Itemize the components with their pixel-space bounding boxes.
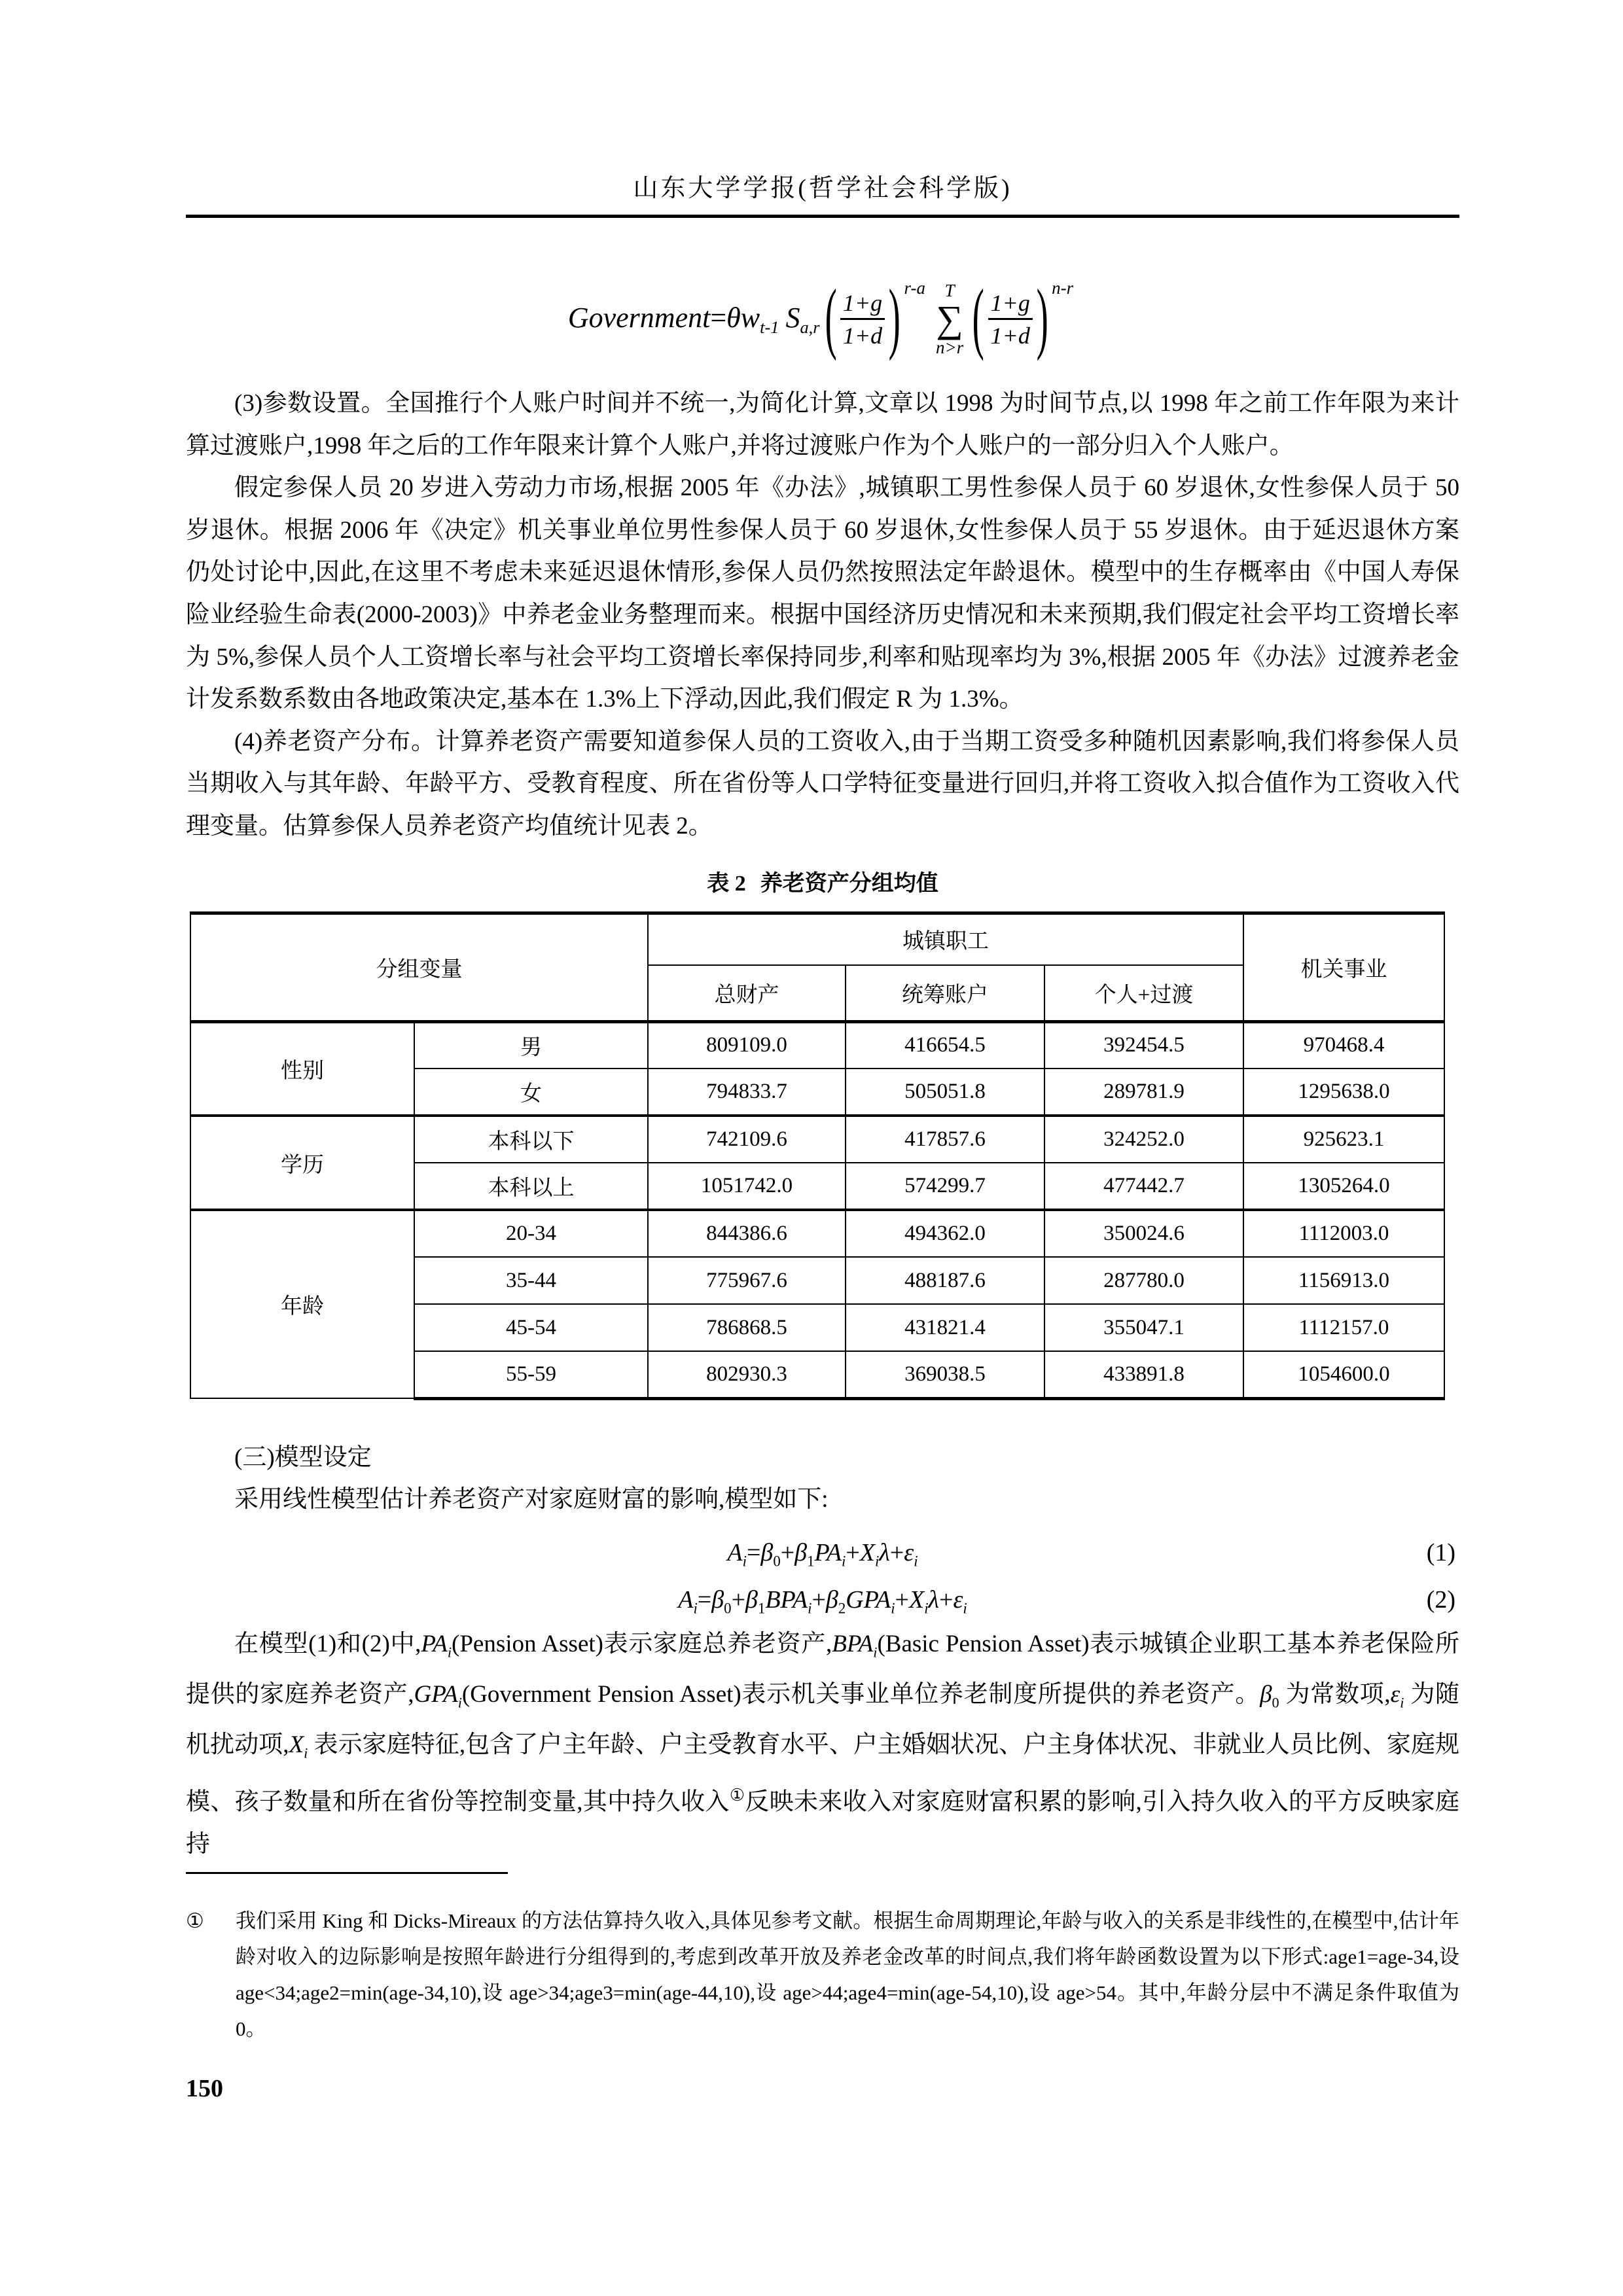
- page-number: 150: [186, 2074, 1459, 2103]
- cell-value: 844386.6: [648, 1210, 846, 1257]
- cell-value: 1051742.0: [648, 1163, 846, 1210]
- cell-value: 809109.0: [648, 1021, 846, 1069]
- footnote-marker: ①: [186, 1903, 236, 2047]
- cell-value: 1305264.0: [1243, 1163, 1444, 1210]
- open-paren: (: [972, 279, 984, 359]
- equation-1-number: (1): [1427, 1529, 1455, 1576]
- table-label: 表 2: [707, 872, 746, 896]
- equation-1-body: Ai=β0+β1PAi+Xiλ+εi: [727, 1539, 918, 1566]
- sigma-icon: ∑: [936, 300, 963, 340]
- row-label: 本科以下: [414, 1116, 648, 1163]
- fraction-1-numerator: 1+g: [840, 289, 885, 318]
- header-rule: [186, 215, 1459, 218]
- summation: T∑n>r: [936, 282, 963, 357]
- row-label: 55-59: [414, 1351, 648, 1398]
- header-pooled-account: 统筹账户: [846, 965, 1044, 1021]
- cell-value: 1112003.0: [1243, 1210, 1444, 1257]
- cell-value: 289781.9: [1044, 1069, 1243, 1116]
- fraction-2: 1+g1+d: [988, 289, 1033, 351]
- footnote: ① 我们采用 King 和 Dicks-Mireaux 的方法估算持久收入,具体…: [186, 1903, 1459, 2047]
- cell-value: 494362.0: [846, 1210, 1044, 1257]
- government-formula-lhs: Government=θwt-1Sa,r: [568, 301, 823, 338]
- pension-asset-table: 分组变量 城镇职工 机关事业 总财产 统筹账户 个人+过渡 性别 男 80910…: [190, 911, 1445, 1400]
- cell-value: 416654.5: [846, 1021, 1044, 1069]
- cell-value: 1156913.0: [1243, 1257, 1444, 1304]
- paragraph-parameter-setting: (3)参数设置。全国推行个人账户时间并不统一,为简化计算,文章以 1998 为时…: [186, 383, 1459, 467]
- header-group-var: 分组变量: [190, 913, 648, 1021]
- cell-value: 477442.7: [1044, 1163, 1243, 1210]
- cell-value: 392454.5: [1044, 1021, 1243, 1069]
- exponent-1: r-a: [904, 278, 925, 298]
- close-paren: ): [1036, 279, 1048, 359]
- cell-value: 350024.6: [1044, 1210, 1243, 1257]
- table-title: 表 2养老资产分组均值: [186, 865, 1459, 897]
- cell-value: 287780.0: [1044, 1257, 1243, 1304]
- summation-lower-limit: n>r: [936, 339, 963, 357]
- cell-value: 431821.4: [846, 1304, 1044, 1351]
- cell-value: 324252.0: [1044, 1116, 1243, 1163]
- group-label-gender: 性别: [190, 1021, 414, 1116]
- survival-s: S: [785, 302, 800, 334]
- page-content: 山东大学学报(哲学社会科学版) Government=θwt-1Sa,r ( 1…: [0, 0, 1623, 2103]
- row-label: 20-34: [414, 1210, 648, 1257]
- footnote-rule: [186, 1872, 508, 1874]
- equation-2-body: Ai=β0+β1BPAi+β2GPAi+Xiλ+εi: [678, 1586, 967, 1614]
- group-label-education: 学历: [190, 1116, 414, 1210]
- cell-value: 369038.5: [846, 1351, 1044, 1398]
- open-paren: (: [825, 279, 836, 359]
- theta-w-subscript: t-1: [760, 317, 779, 337]
- paragraph-model-description: 在模型(1)和(2)中,PAi(Pension Asset)表示家庭总养老资产,…: [186, 1623, 1459, 1865]
- equation-1: Ai=β0+β1PAi+Xiλ+εi (1): [186, 1529, 1459, 1576]
- government-formula: Government=θwt-1Sa,r ( 1+g1+d ) r-a T∑n>…: [186, 270, 1459, 368]
- cell-value: 802930.3: [648, 1351, 846, 1398]
- section-heading-model-setting: (三)模型设定: [186, 1437, 1459, 1479]
- close-paren: ): [889, 279, 901, 359]
- row-label: 本科以上: [414, 1163, 648, 1210]
- cell-value: 1054600.0: [1243, 1351, 1444, 1398]
- cell-value: 1295638.0: [1243, 1069, 1444, 1116]
- cell-value: 925623.1: [1243, 1116, 1444, 1163]
- table-row: 年龄 20-34 844386.6 494362.0 350024.6 1112…: [190, 1210, 1444, 1257]
- equation-2: Ai=β0+β1BPAi+β2GPAi+Xiλ+εi (2): [186, 1576, 1459, 1623]
- table-row: 学历 本科以下 742109.6 417857.6 324252.0 92562…: [190, 1116, 1444, 1163]
- fraction-2-numerator: 1+g: [988, 289, 1033, 318]
- cell-value: 433891.8: [1044, 1351, 1243, 1398]
- fraction-1-denominator: 1+d: [840, 318, 885, 351]
- cell-value: 775967.6: [648, 1257, 846, 1304]
- cell-value: 505051.8: [846, 1069, 1044, 1116]
- row-label: 女: [414, 1069, 648, 1116]
- paragraph-model-intro: 采用线性模型估计养老资产对家庭财富的影响,模型如下:: [186, 1479, 1459, 1521]
- table-row: 性别 男 809109.0 416654.5 392454.5 970468.4: [190, 1021, 1444, 1069]
- cell-value: 794833.7: [648, 1069, 846, 1116]
- table-title-text: 养老资产分组均值: [760, 872, 938, 896]
- footnote-text: 我们采用 King 和 Dicks-Mireaux 的方法估算持久收入,具体见参…: [236, 1903, 1459, 2047]
- header-government-institution: 机关事业: [1243, 913, 1444, 1021]
- equals-sign: =: [710, 302, 726, 334]
- journal-header: 山东大学学报(哲学社会科学版): [186, 174, 1459, 203]
- exponent-2: n-r: [1052, 278, 1073, 298]
- survival-s-subscript: a,r: [800, 317, 819, 337]
- summation-upper-limit: T: [945, 282, 955, 300]
- cell-value: 742109.6: [648, 1116, 846, 1163]
- cell-value: 786868.5: [648, 1304, 846, 1351]
- paragraph-pension-asset-distribution: (4)养老资产分布。计算养老资产需要知道参保人员的工资收入,由于当期工资受多种随…: [186, 721, 1459, 848]
- header-personal-transition: 个人+过渡: [1044, 965, 1243, 1021]
- fraction-1: 1+g1+d: [840, 289, 885, 351]
- row-label: 45-54: [414, 1304, 648, 1351]
- group-label-age: 年龄: [190, 1210, 414, 1398]
- row-label: 35-44: [414, 1257, 648, 1304]
- fraction-2-denominator: 1+d: [988, 318, 1033, 351]
- cell-value: 355047.1: [1044, 1304, 1243, 1351]
- row-label: 男: [414, 1021, 648, 1069]
- cell-value: 970468.4: [1243, 1021, 1444, 1069]
- cell-value: 1112157.0: [1243, 1304, 1444, 1351]
- equation-2-number: (2): [1427, 1576, 1455, 1623]
- theta-w: θw: [726, 302, 760, 334]
- header-total-asset: 总财产: [648, 965, 846, 1021]
- cell-value: 574299.7: [846, 1163, 1044, 1210]
- header-urban-workers: 城镇职工: [648, 913, 1243, 965]
- cell-value: 488187.6: [846, 1257, 1044, 1304]
- formula-lhs: Government: [568, 302, 711, 334]
- cell-value: 417857.6: [846, 1116, 1044, 1163]
- paragraph-retirement-assumptions: 假定参保人员 20 岁进入劳动力市场,根据 2005 年《办法》,城镇职工男性参…: [186, 467, 1459, 721]
